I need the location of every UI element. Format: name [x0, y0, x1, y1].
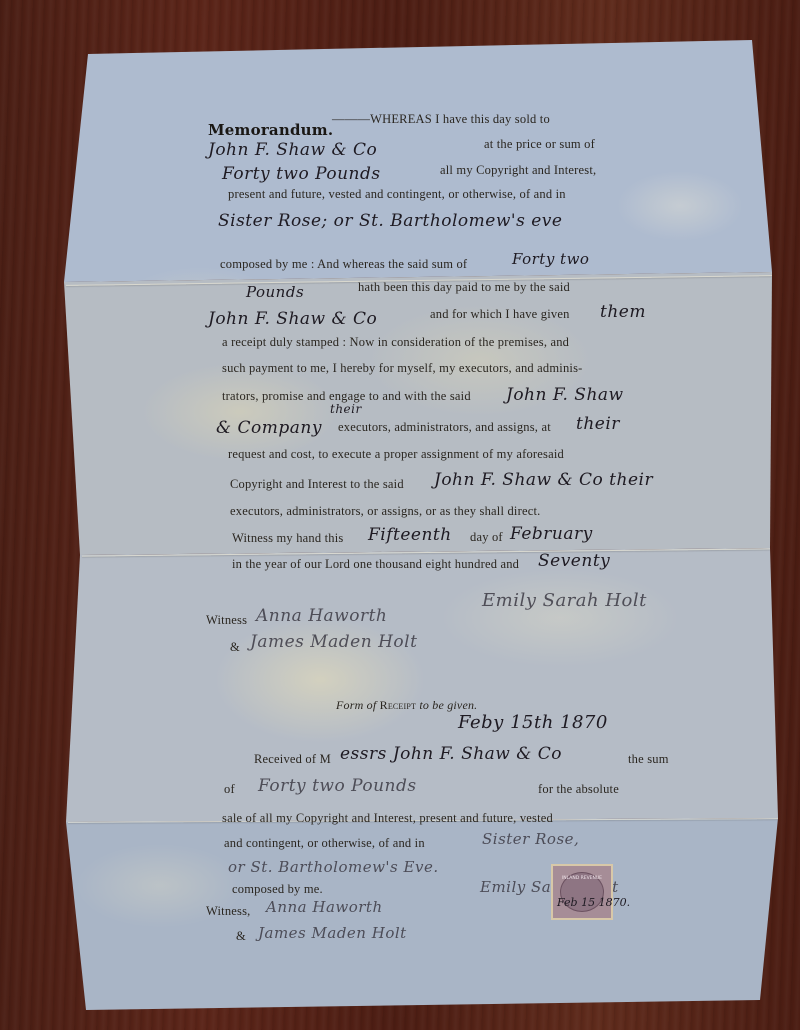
witness-label: Witness	[206, 613, 247, 628]
memo-line-16: day of	[470, 530, 503, 545]
receipt-line-2-end: for the absolute	[538, 782, 619, 797]
sum-handwritten-1: Forty two	[512, 250, 589, 268]
their-insert-handwritten: their	[330, 402, 362, 416]
witness1-handwritten: Anna Haworth	[256, 606, 387, 626]
receipt-witness-label: Witness,	[206, 904, 251, 919]
receipt-heading-receipt: Receipt	[380, 698, 417, 712]
receipt-witness1-handwritten: Anna Haworth	[266, 898, 383, 916]
receipt-heading-rest: to be given.	[419, 698, 477, 712]
payer-handwritten: John F. Shaw & Co	[208, 309, 377, 329]
receipt-witness2-handwritten: James Maden Holt	[258, 924, 407, 942]
purchaser-handwritten: John F. Shaw & Co	[208, 140, 377, 160]
memo-line-4: present and future, vested and contingen…	[228, 187, 566, 202]
revenue-stamp: INLAND REVENUE	[551, 864, 613, 920]
receipt-work-title-1: Sister Rose,	[482, 830, 579, 848]
ampersand: &	[230, 640, 240, 655]
stamp-cancellation: Feb 15 1870.	[557, 896, 630, 909]
party1-handwritten: John F. Shaw	[506, 385, 624, 405]
price-handwritten: Forty two Pounds	[222, 164, 381, 184]
party1-cont-handwritten: & Company	[216, 418, 322, 438]
document-title: Memorandum.	[208, 121, 333, 139]
receipt-of: of	[224, 782, 235, 797]
day-handwritten: Fifteenth	[368, 525, 452, 545]
memo-line-13: Copyright and Interest to the said	[230, 477, 404, 492]
memo-line-9: such payment to me, I hereby for myself,…	[222, 361, 583, 376]
stamp-text: INLAND REVENUE	[562, 876, 602, 881]
receipt-line-1-end: the sum	[628, 752, 669, 767]
receipt-line-4: and contingent, or otherwise, of and in	[224, 836, 425, 851]
signature-handwritten: Emily Sarah Holt	[482, 590, 647, 611]
memo-line-7: and for which I have given	[430, 307, 570, 322]
memo-line-15: Witness my hand this	[232, 531, 343, 546]
memo-line-3: all my Copyright and Interest,	[440, 163, 596, 178]
receipt-ampersand: &	[236, 929, 246, 944]
receipt-heading-form: Form of	[336, 698, 376, 712]
witness2-handwritten: James Maden Holt	[250, 632, 417, 652]
their-handwritten: their	[576, 414, 620, 434]
month-handwritten: February	[510, 524, 593, 544]
receipt-line-3: sale of all my Copyright and Interest, p…	[222, 811, 553, 826]
memo-line-14: executors, administrators, or assigns, o…	[230, 504, 540, 519]
receipt-line-1: Received of M	[254, 752, 331, 767]
receipt-heading: Form of Receipt to be given.	[336, 698, 477, 713]
given-to-handwritten: them	[600, 302, 646, 322]
party2-handwritten: John F. Shaw & Co their	[434, 470, 653, 490]
work-title-handwritten: Sister Rose; or St. Bartholomew's eve	[218, 211, 562, 231]
receipt-work-title-2: or St. Bartholomew's Eve.	[228, 858, 439, 876]
memo-line-5: composed by me : And whereas the said su…	[220, 257, 467, 272]
receipt-line-5: composed by me.	[232, 882, 323, 897]
receipt-date-handwritten: Feby 15th 1870	[458, 712, 608, 733]
memo-line-11: executors, administrators, and assigns, …	[338, 420, 551, 435]
receipt-payer-handwritten: essrs John F. Shaw & Co	[340, 744, 562, 764]
memo-line-6: hath been this day paid to me by the sai…	[358, 280, 570, 295]
memo-line-2: at the price or sum of	[484, 137, 595, 152]
memo-line-1: ———WHEREAS I have this day sold to	[332, 112, 550, 127]
year-handwritten: Seventy	[538, 551, 610, 571]
memo-line-8: a receipt duly stamped : Now in consider…	[222, 335, 569, 350]
memo-line-12: request and cost, to execute a proper as…	[228, 447, 564, 462]
memo-line-17: in the year of our Lord one thousand eig…	[232, 557, 519, 572]
sum-handwritten-2: Pounds	[246, 283, 304, 301]
receipt-amount-handwritten: Forty two Pounds	[258, 776, 417, 796]
